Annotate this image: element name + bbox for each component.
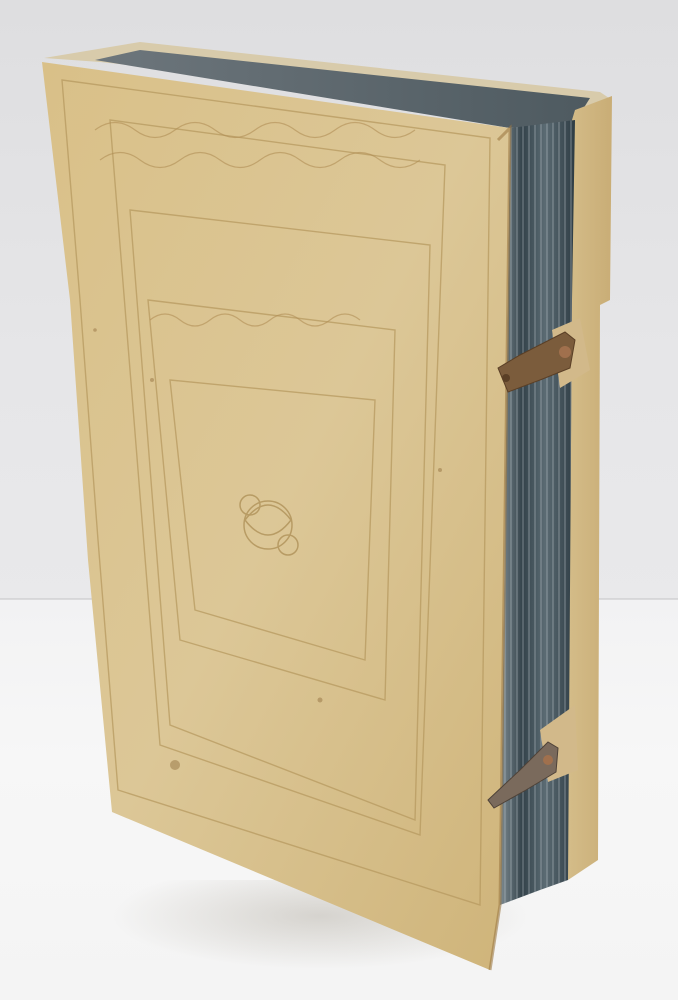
front-cover bbox=[42, 62, 510, 970]
book bbox=[0, 0, 678, 1000]
